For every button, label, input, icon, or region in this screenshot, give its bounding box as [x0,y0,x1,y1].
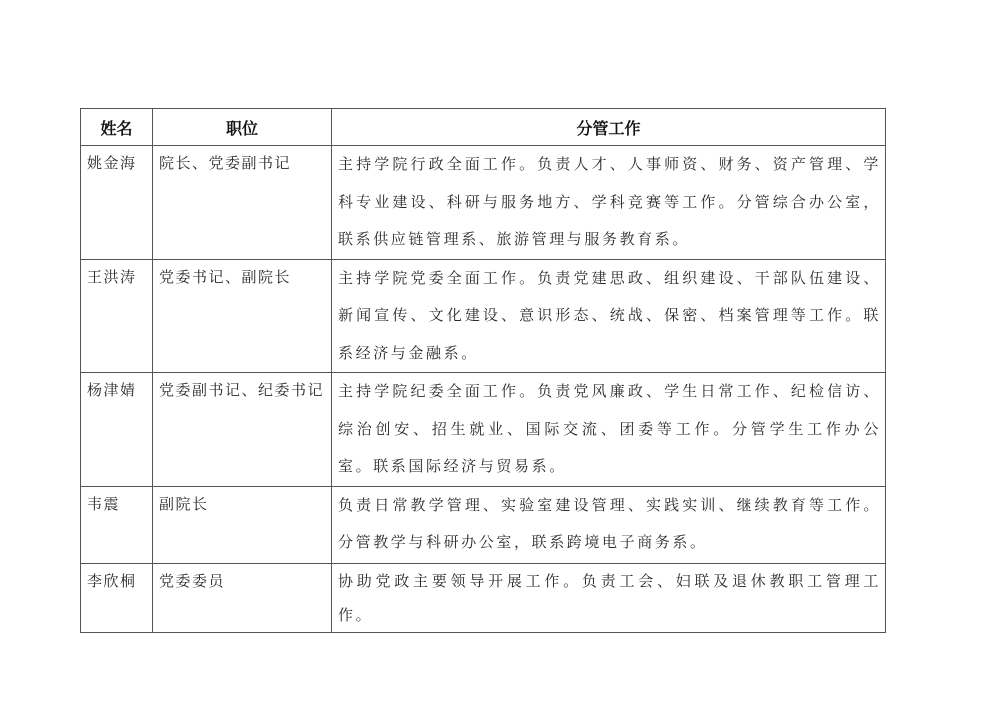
person-position: 副院长 [153,487,331,521]
name-cell: 韦震 [81,486,153,563]
table-header-row: 姓名 职位 分管工作 [81,109,886,146]
person-duties: 负责日常教学管理、实验室建设管理、实践实训、继续教育等工作。分管教学与科研办公室… [332,487,885,562]
position-cell: 副院长 [153,486,332,563]
position-cell: 党委委员 [153,563,332,632]
person-name: 杨津婧 [81,373,152,407]
person-position: 党委书记、副院长 [153,260,331,294]
person-duties: 主持学院行政全面工作。负责人才、人事师资、财务、资产管理、学科专业建设、科研与服… [332,146,885,259]
header-position: 职位 [153,109,332,146]
name-cell: 李欣桐 [81,563,153,632]
person-name: 韦震 [81,487,152,521]
duties-cell: 主持学院纪委全面工作。负责党风廉政、学生日常工作、纪检信访、综治创安、招生就业、… [332,373,886,487]
table-row: 李欣桐 党委委员 协助党政主要领导开展工作。负责工会、妇联及退休教职工管理工作。 [81,563,886,632]
person-duties: 主持学院党委全面工作。负责党建思政、组织建设、干部队伍建设、新闻宣传、文化建设、… [332,260,885,373]
position-cell: 党委书记、副院长 [153,259,332,373]
person-name: 李欣桐 [81,564,152,598]
person-position: 党委委员 [153,564,331,598]
header-name: 姓名 [81,109,153,146]
person-position: 党委副书记、纪委书记 [153,373,331,407]
header-duties: 分管工作 [332,109,886,146]
table-row: 韦震 副院长 负责日常教学管理、实验室建设管理、实践实训、继续教育等工作。分管教… [81,486,886,563]
table-row: 王洪涛 党委书记、副院长 主持学院党委全面工作。负责党建思政、组织建设、干部队伍… [81,259,886,373]
name-cell: 姚金海 [81,146,153,260]
position-cell: 党委副书记、纪委书记 [153,373,332,487]
duties-cell: 负责日常教学管理、实验室建设管理、实践实训、继续教育等工作。分管教学与科研办公室… [332,486,886,563]
person-name: 姚金海 [81,146,152,180]
table-row: 杨津婧 党委副书记、纪委书记 主持学院纪委全面工作。负责党风廉政、学生日常工作、… [81,373,886,487]
leadership-duty-table: 姓名 职位 分管工作 姚金海 院长、党委副书记 主持学院行政全面工作。负责人才、… [80,108,886,633]
table-row: 姚金海 院长、党委副书记 主持学院行政全面工作。负责人才、人事师资、财务、资产管… [81,146,886,260]
duties-cell: 主持学院党委全面工作。负责党建思政、组织建设、干部队伍建设、新闻宣传、文化建设、… [332,259,886,373]
name-cell: 杨津婧 [81,373,153,487]
duties-cell: 主持学院行政全面工作。负责人才、人事师资、财务、资产管理、学科专业建设、科研与服… [332,146,886,260]
document-page: 姓名 职位 分管工作 姚金海 院长、党委副书记 主持学院行政全面工作。负责人才、… [0,0,999,707]
person-duties: 协助党政主要领导开展工作。负责工会、妇联及退休教职工管理工作。 [332,564,885,632]
person-position: 院长、党委副书记 [153,146,331,180]
person-name: 王洪涛 [81,260,152,294]
position-cell: 院长、党委副书记 [153,146,332,260]
name-cell: 王洪涛 [81,259,153,373]
duties-cell: 协助党政主要领导开展工作。负责工会、妇联及退休教职工管理工作。 [332,563,886,632]
person-duties: 主持学院纪委全面工作。负责党风廉政、学生日常工作、纪检信访、综治创安、招生就业、… [332,373,885,486]
